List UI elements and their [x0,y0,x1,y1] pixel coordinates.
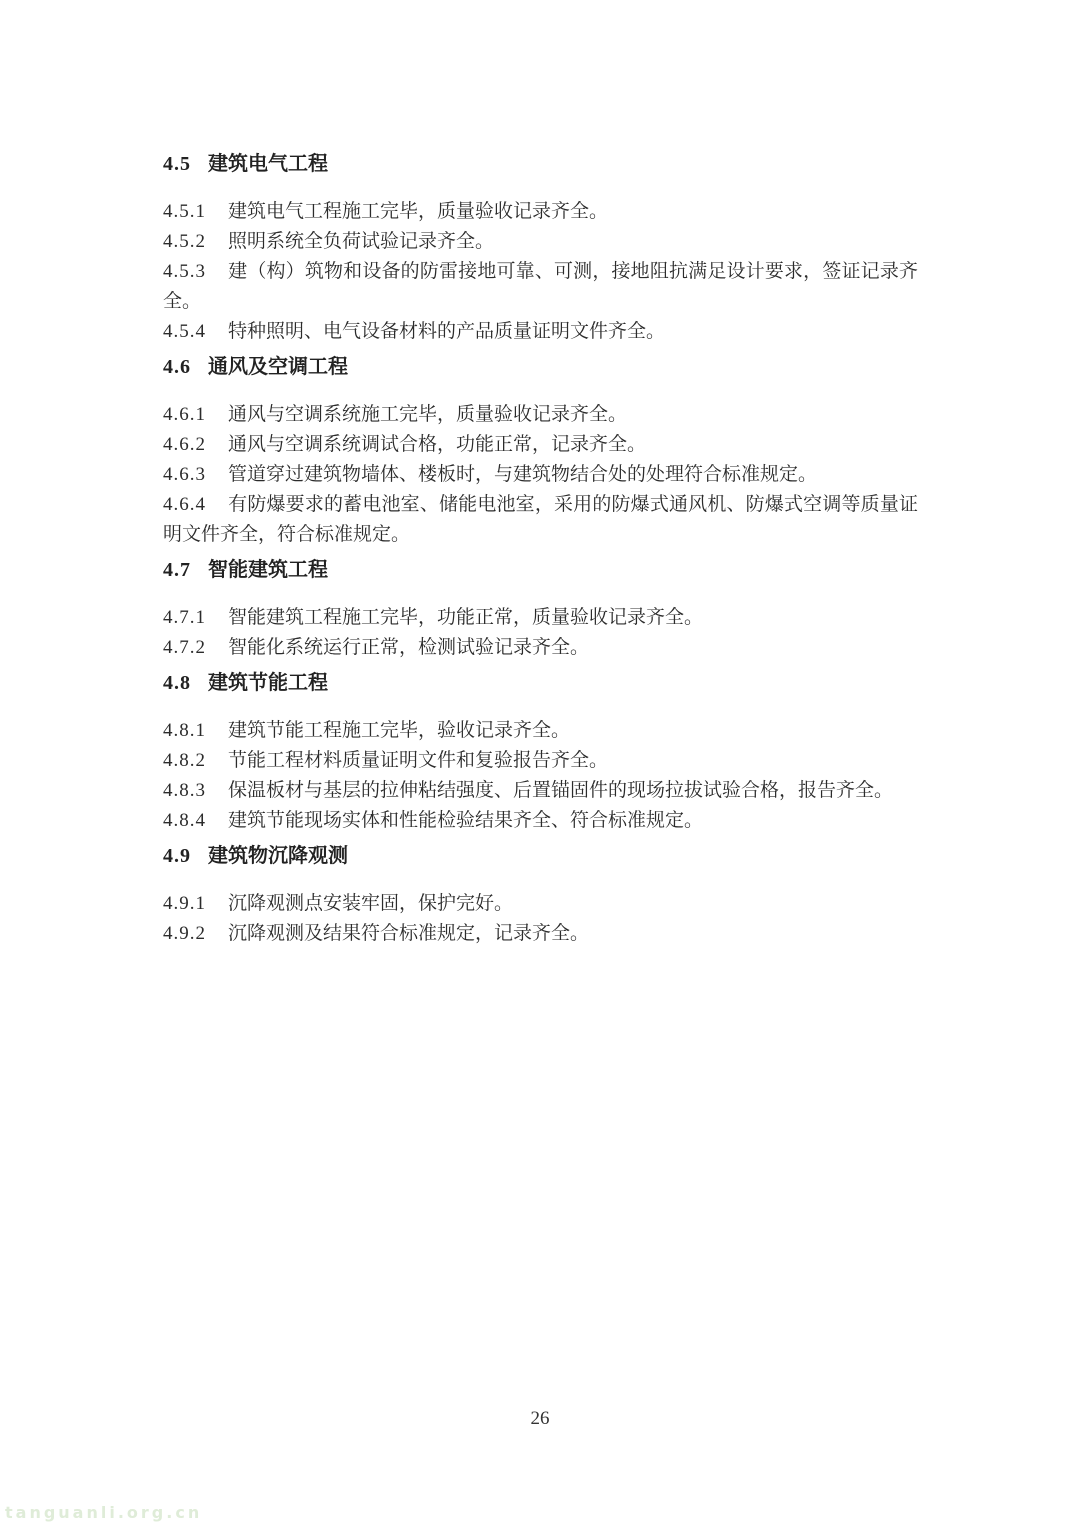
document-section: 4.5建筑电气工程 4.5.1建筑电气工程施工完毕，质量验收记录齐全。 4.5.… [163,148,918,347]
document-section: 4.7智能建筑工程 4.7.1智能建筑工程施工完毕，功能正常，质量验收记录齐全。… [163,554,918,663]
clause-text: 建筑节能现场实体和性能检验结果齐全、符合标准规定。 [228,810,703,831]
clause-item: 4.5.2照明系统全负荷试验记录齐全。 [163,227,918,257]
clause-text: 建（构）筑物和设备的防雷接地可靠、可测，接地阻抗满足设计要求，签证记录齐全。 [163,261,918,312]
clause-number: 4.9.2 [163,923,206,944]
clause-text: 有防爆要求的蓄电池室、储能电池室，采用的防爆式通风机、防爆式空调等质量证明文件齐… [163,494,918,545]
clause-number: 4.6.3 [163,464,206,485]
document-page: 4.5建筑电气工程 4.5.1建筑电气工程施工完毕，质量验收记录齐全。 4.5.… [0,0,1080,1527]
clause-text: 管道穿过建筑物墙体、楼板时，与建筑物结合处的处理符合标准规定。 [228,464,817,485]
section-number: 4.6 [163,356,191,378]
document-section: 4.8建筑节能工程 4.8.1建筑节能工程施工完毕，验收记录齐全。 4.8.2节… [163,667,918,836]
clause-number: 4.6.1 [163,404,206,425]
section-title: 建筑节能工程 [208,670,328,694]
clause-item: 4.5.3建（构）筑物和设备的防雷接地可靠、可测，接地阻抗满足设计要求，签证记录… [163,257,918,317]
clause-item: 4.9.1沉降观测点安装牢固，保护完好。 [163,889,918,919]
clause-text: 智能化系统运行正常，检测试验记录齐全。 [228,637,589,658]
clause-number: 4.5.1 [163,201,206,222]
clause-number: 4.8.1 [163,720,206,741]
clause-text: 建筑电气工程施工完毕，质量验收记录齐全。 [228,201,608,222]
clause-text: 建筑节能工程施工完毕，验收记录齐全。 [228,720,570,741]
section-heading: 4.8建筑节能工程 [163,667,918,698]
clause-text: 照明系统全负荷试验记录齐全。 [228,231,494,252]
clause-number: 4.6.4 [163,494,206,515]
document-section: 4.9建筑物沉降观测 4.9.1沉降观测点安装牢固，保护完好。 4.9.2沉降观… [163,840,918,949]
section-title: 建筑物沉降观测 [208,843,348,867]
clause-number: 4.7.2 [163,637,206,658]
clause-number: 4.8.4 [163,810,206,831]
clause-item: 4.6.3管道穿过建筑物墙体、楼板时，与建筑物结合处的处理符合标准规定。 [163,460,918,490]
clause-number: 4.8.3 [163,780,206,801]
page-number: 26 [0,1408,1080,1430]
clause-item: 4.5.4特种照明、电气设备材料的产品质量证明文件齐全。 [163,317,918,347]
section-number: 4.9 [163,845,191,867]
document-section: 4.6通风及空调工程 4.6.1通风与空调系统施工完毕，质量验收记录齐全。 4.… [163,351,918,550]
clause-number: 4.5.4 [163,321,206,342]
clause-item: 4.6.2通风与空调系统调试合格，功能正常，记录齐全。 [163,430,918,460]
clause-number: 4.6.2 [163,434,206,455]
section-heading: 4.6通风及空调工程 [163,351,918,382]
clause-item: 4.8.2节能工程材料质量证明文件和复验报告齐全。 [163,746,918,776]
clause-item: 4.8.1建筑节能工程施工完毕，验收记录齐全。 [163,716,918,746]
clause-item: 4.7.2智能化系统运行正常，检测试验记录齐全。 [163,633,918,663]
clause-number: 4.7.1 [163,607,206,628]
section-title: 通风及空调工程 [208,354,348,378]
section-title: 智能建筑工程 [208,557,328,581]
watermark: tanguanli.org.cn [5,1503,202,1522]
clause-text: 保温板材与基层的拉伸粘结强度、后置锚固件的现场拉拔试验合格，报告齐全。 [228,780,893,801]
section-heading: 4.5建筑电气工程 [163,148,918,179]
section-number: 4.8 [163,672,191,694]
clause-item: 4.7.1智能建筑工程施工完毕，功能正常，质量验收记录齐全。 [163,603,918,633]
clause-number: 4.5.2 [163,231,206,252]
clause-item: 4.6.4有防爆要求的蓄电池室、储能电池室，采用的防爆式通风机、防爆式空调等质量… [163,490,918,550]
clause-text: 通风与空调系统调试合格，功能正常，记录齐全。 [228,434,646,455]
section-number: 4.5 [163,153,191,175]
clause-text: 沉降观测及结果符合标准规定，记录齐全。 [228,923,589,944]
clause-item: 4.8.3保温板材与基层的拉伸粘结强度、后置锚固件的现场拉拔试验合格，报告齐全。 [163,776,918,806]
clause-text: 通风与空调系统施工完毕，质量验收记录齐全。 [228,404,627,425]
section-heading: 4.7智能建筑工程 [163,554,918,585]
clause-number: 4.5.3 [163,261,206,282]
clause-text: 节能工程材料质量证明文件和复验报告齐全。 [228,750,608,771]
clause-item: 4.6.1通风与空调系统施工完毕，质量验收记录齐全。 [163,400,918,430]
clause-item: 4.8.4建筑节能现场实体和性能检验结果齐全、符合标准规定。 [163,806,918,836]
document-content: 4.5建筑电气工程 4.5.1建筑电气工程施工完毕，质量验收记录齐全。 4.5.… [163,144,918,949]
clause-item: 4.9.2沉降观测及结果符合标准规定，记录齐全。 [163,919,918,949]
clause-text: 智能建筑工程施工完毕，功能正常，质量验收记录齐全。 [228,607,703,628]
section-number: 4.7 [163,559,191,581]
section-heading: 4.9建筑物沉降观测 [163,840,918,871]
clause-item: 4.5.1建筑电气工程施工完毕，质量验收记录齐全。 [163,197,918,227]
clause-number: 4.8.2 [163,750,206,771]
clause-text: 沉降观测点安装牢固，保护完好。 [228,893,513,914]
clause-text: 特种照明、电气设备材料的产品质量证明文件齐全。 [228,321,665,342]
clause-number: 4.9.1 [163,893,206,914]
section-title: 建筑电气工程 [208,151,328,175]
